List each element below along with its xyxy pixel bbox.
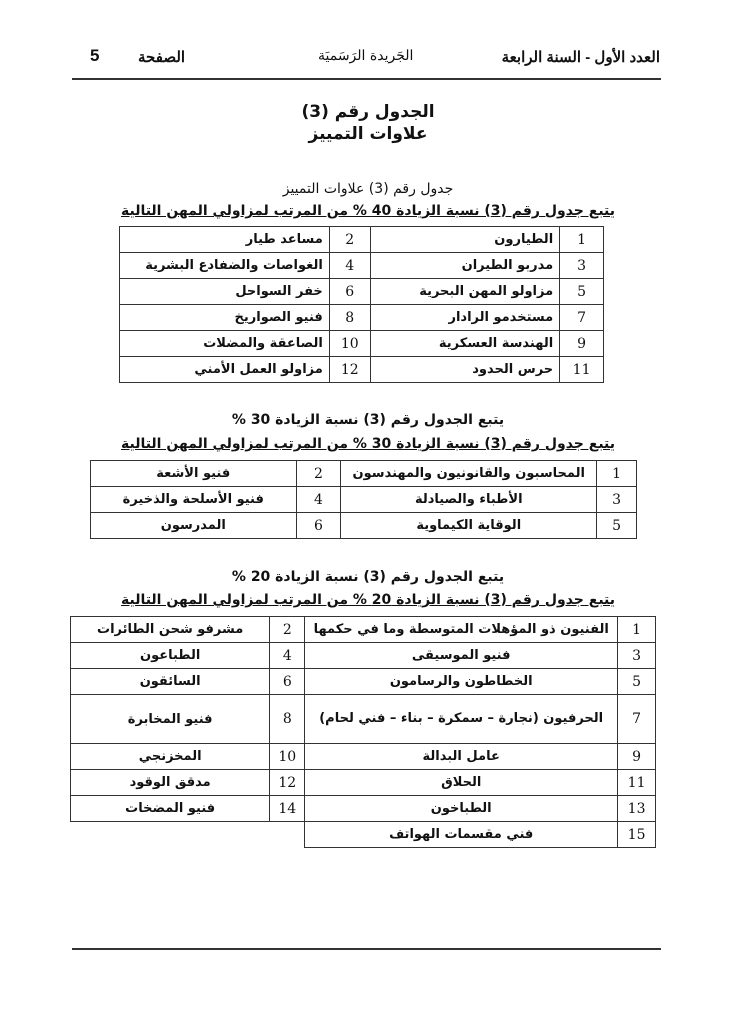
page-label: الصفحة bbox=[138, 48, 185, 66]
issue-label: العدد الأول - السنة الرابعة bbox=[502, 48, 660, 66]
row-number: 13 bbox=[618, 796, 656, 822]
row-number: 11 bbox=[560, 357, 604, 383]
row-number: 4 bbox=[296, 487, 341, 513]
profession-cell: حرس الحدود bbox=[370, 357, 559, 383]
row-number: 3 bbox=[618, 643, 656, 669]
profession-cell: فنيو الأشعة bbox=[91, 461, 297, 487]
row-number: 1 bbox=[560, 227, 604, 253]
table-row: 5 الوقاية الكيماوية 6 المدرسون bbox=[91, 513, 637, 539]
table-30-percent: 1 المحاسبون والقانونيون والمهندسون 2 فني… bbox=[90, 460, 637, 539]
profession-cell: مزاولو المهن البحرية bbox=[370, 279, 559, 305]
row-number: 8 bbox=[270, 695, 305, 744]
profession-cell: الحلاق bbox=[305, 770, 618, 796]
row-number: 14 bbox=[270, 796, 305, 822]
profession-cell: الطيارون bbox=[370, 227, 559, 253]
profession-cell: الصاعقة والمضلات bbox=[120, 331, 330, 357]
table1-subcaption-text: يتبع جدول رقم (3) نسبة الزيادة 40 % من ا… bbox=[121, 203, 615, 219]
profession-cell: مستخدمو الرادار bbox=[370, 305, 559, 331]
table-row: 1 الفنيون ذو المؤهلات المتوسطة وما في حك… bbox=[71, 617, 656, 643]
row-number: 6 bbox=[329, 279, 370, 305]
table-row: 13 الطباخون 14 فنيو المضخات bbox=[71, 796, 656, 822]
row-number: 4 bbox=[270, 643, 305, 669]
table-row: 3 فنيو الموسيقى 4 الطباعون bbox=[71, 643, 656, 669]
table-row: 1 المحاسبون والقانونيون والمهندسون 2 فني… bbox=[91, 461, 637, 487]
row-number: 11 bbox=[618, 770, 656, 796]
row-number: 2 bbox=[296, 461, 341, 487]
row-number: 8 bbox=[329, 305, 370, 331]
table2-subcaption: يتبع جدول رقم (3) نسبة الزيادة 30 % من ا… bbox=[0, 436, 736, 452]
table-row: 5 الخطاطون والرسامون 6 السائقون bbox=[71, 669, 656, 695]
row-number: 7 bbox=[618, 695, 656, 744]
row-number: 2 bbox=[329, 227, 370, 253]
table2-subcaption-text: يتبع جدول رقم (3) نسبة الزيادة 30 % من ا… bbox=[121, 436, 615, 452]
row-number: 6 bbox=[296, 513, 341, 539]
row-number: 5 bbox=[618, 669, 656, 695]
row-number: 10 bbox=[270, 744, 305, 770]
profession-cell: فني مقسمات الهواتف bbox=[305, 822, 618, 848]
profession-cell: الطباخون bbox=[305, 796, 618, 822]
row-number: 2 bbox=[270, 617, 305, 643]
profession-cell: الأطباء والصيادلة bbox=[341, 487, 597, 513]
profession-cell: فنيو الصواريخ bbox=[120, 305, 330, 331]
row-number: 3 bbox=[560, 253, 604, 279]
row-number: 5 bbox=[560, 279, 604, 305]
profession-cell: عامل البدالة bbox=[305, 744, 618, 770]
row-number: 12 bbox=[329, 357, 370, 383]
table-20-percent: 1 الفنيون ذو المؤهلات المتوسطة وما في حك… bbox=[70, 616, 656, 848]
table-row: 3 مدربو الطيران 4 الغواصات والضفادع البش… bbox=[120, 253, 604, 279]
profession-cell: الخطاطون والرسامون bbox=[305, 669, 618, 695]
table2-caption: يتبع الجدول رقم (3) نسبة الزيادة 30 % bbox=[0, 412, 736, 428]
profession-cell: المدرسون bbox=[91, 513, 297, 539]
profession-cell: فنيو المخابرة bbox=[71, 695, 270, 744]
profession-cell: مساعد طيار bbox=[120, 227, 330, 253]
profession-cell: مدربو الطيران bbox=[370, 253, 559, 279]
profession-cell: الهندسة العسكرية bbox=[370, 331, 559, 357]
table-row: 7 الحرفيون (نجارة – سمكرة – بناء – فني ل… bbox=[71, 695, 656, 744]
profession-cell: فنيو المضخات bbox=[71, 796, 270, 822]
table1-caption: جدول رقم (3) علاوات التمييز bbox=[0, 181, 736, 197]
table-40-percent: 1 الطيارون 2 مساعد طيار 3 مدربو الطيران … bbox=[119, 226, 604, 383]
row-number: 5 bbox=[597, 513, 637, 539]
table-row: 3 الأطباء والصيادلة 4 فنيو الأسلحة والذخ… bbox=[91, 487, 637, 513]
row-number: 3 bbox=[597, 487, 637, 513]
profession-cell: مدقق الوقود bbox=[71, 770, 270, 796]
row-number: 6 bbox=[270, 669, 305, 695]
row-number: 15 bbox=[618, 822, 656, 848]
profession-cell: الطباعون bbox=[71, 643, 270, 669]
table-row: 7 مستخدمو الرادار 8 فنيو الصواريخ bbox=[120, 305, 604, 331]
row-number: 7 bbox=[560, 305, 604, 331]
profession-cell: السائقون bbox=[71, 669, 270, 695]
row-number: 1 bbox=[597, 461, 637, 487]
profession-cell: المحاسبون والقانونيون والمهندسون bbox=[341, 461, 597, 487]
profession-cell: فنيو الموسيقى bbox=[305, 643, 618, 669]
profession-cell: فنيو الأسلحة والذخيرة bbox=[91, 487, 297, 513]
row-number: 10 bbox=[329, 331, 370, 357]
profession-cell: الفنيون ذو المؤهلات المتوسطة وما في حكمه… bbox=[305, 617, 618, 643]
table-row: 11 الحلاق 12 مدقق الوقود bbox=[71, 770, 656, 796]
profession-cell: المخزنجي bbox=[71, 744, 270, 770]
row-number: 9 bbox=[560, 331, 604, 357]
table-row: 5 مزاولو المهن البحرية 6 خفر السواحل bbox=[120, 279, 604, 305]
table-row: 11 حرس الحدود 12 مزاولو العمل الأمني bbox=[120, 357, 604, 383]
profession-cell: الحرفيون (نجارة – سمكرة – بناء – فني لحا… bbox=[305, 695, 618, 744]
profession-cell: مزاولو العمل الأمني bbox=[120, 357, 330, 383]
profession-cell: الوقاية الكيماوية bbox=[341, 513, 597, 539]
row-number: 4 bbox=[329, 253, 370, 279]
table-row: 15 فني مقسمات الهواتف bbox=[71, 822, 656, 848]
empty-cell bbox=[71, 822, 305, 848]
profession-cell: خفر السواحل bbox=[120, 279, 330, 305]
page-subtitle: علاوات التمييز bbox=[0, 124, 736, 144]
table-row: 9 الهندسة العسكرية 10 الصاعقة والمضلات bbox=[120, 331, 604, 357]
row-number: 9 bbox=[618, 744, 656, 770]
table-row: 1 الطيارون 2 مساعد طيار bbox=[120, 227, 604, 253]
footer-rule bbox=[72, 948, 661, 950]
gazette-title: الجَريدة الرَسَميَة bbox=[318, 48, 413, 64]
page-number: 5 bbox=[90, 46, 99, 66]
profession-cell: مشرفو شحن الطائرات bbox=[71, 617, 270, 643]
table3-subcaption-text: يتبع جدول رقم (3) نسبة الزيادة 20 % من ا… bbox=[121, 592, 615, 608]
profession-cell: الغواصات والضفادع البشرية bbox=[120, 253, 330, 279]
row-number: 1 bbox=[618, 617, 656, 643]
header-rule bbox=[72, 78, 661, 80]
row-number: 12 bbox=[270, 770, 305, 796]
table3-caption: يتبع الجدول رقم (3) نسبة الزيادة 20 % bbox=[0, 569, 736, 585]
table-row: 9 عامل البدالة 10 المخزنجي bbox=[71, 744, 656, 770]
table1-subcaption: يتبع جدول رقم (3) نسبة الزيادة 40 % من ا… bbox=[0, 203, 736, 219]
table3-subcaption: يتبع جدول رقم (3) نسبة الزيادة 20 % من ا… bbox=[0, 592, 736, 608]
page-title: الجدول رقم (3) bbox=[0, 102, 736, 122]
